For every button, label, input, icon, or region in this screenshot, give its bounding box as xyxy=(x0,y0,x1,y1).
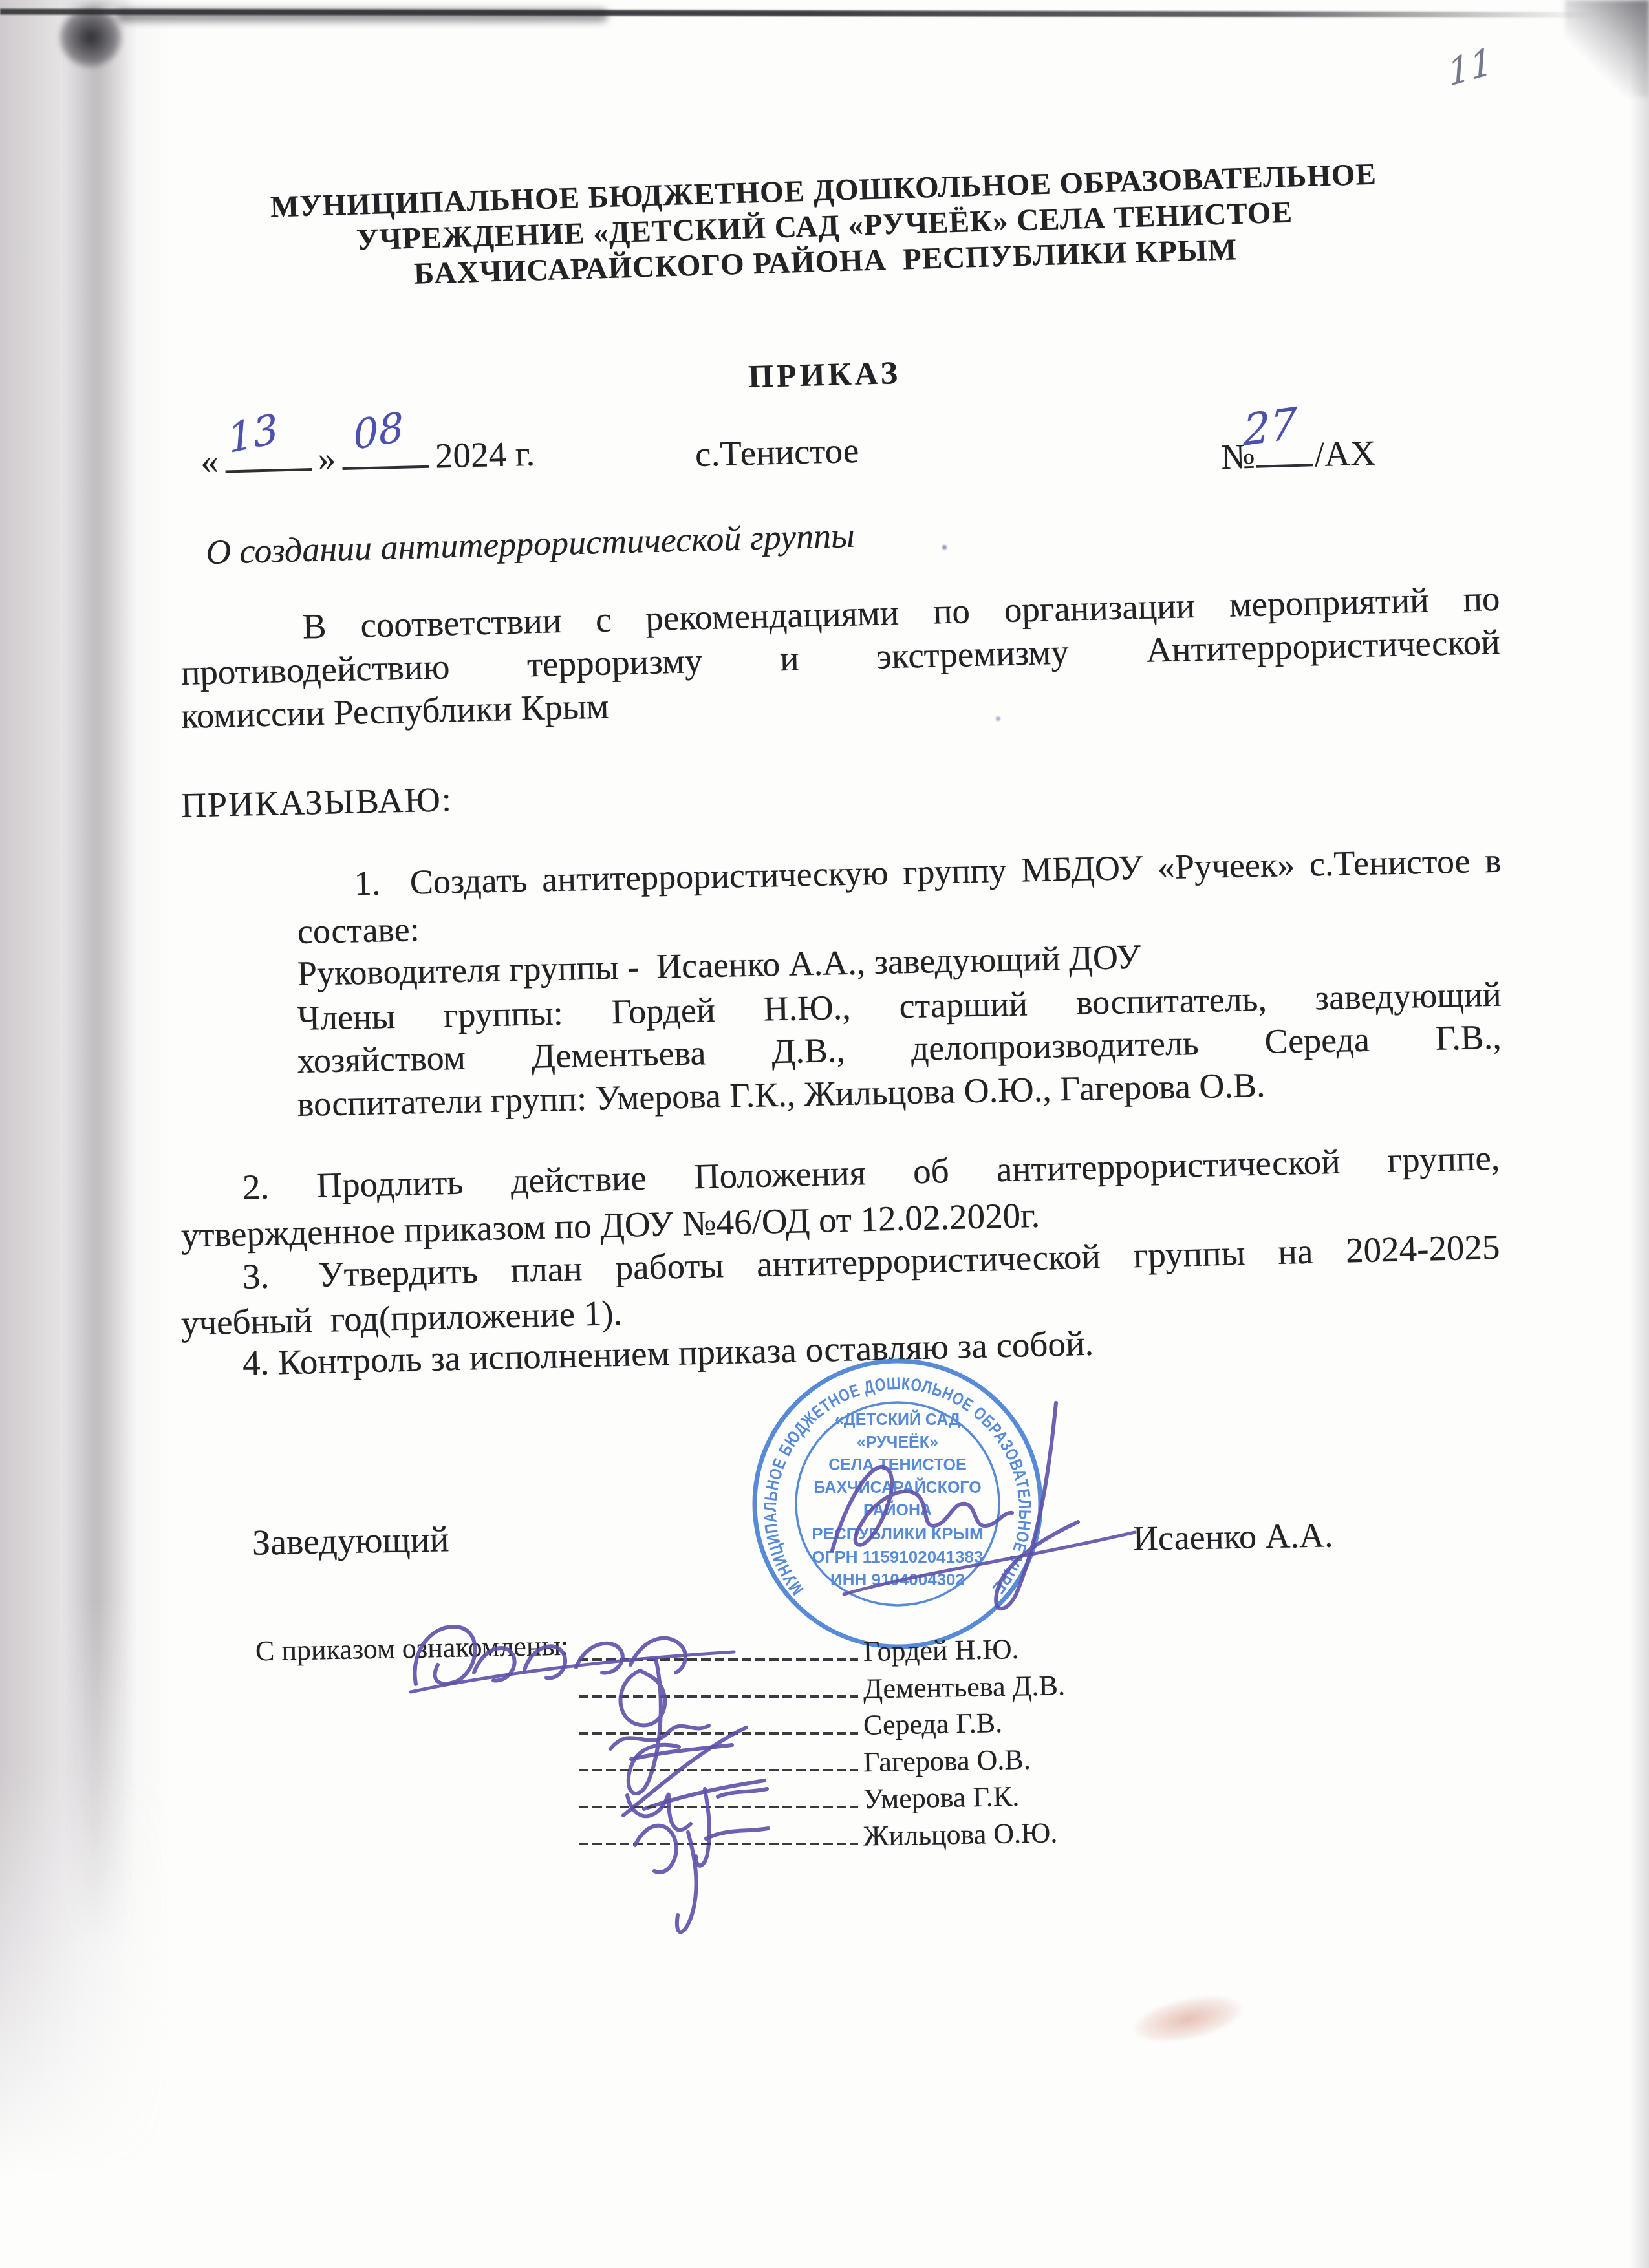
signature-line xyxy=(579,1695,858,1698)
ink-speck xyxy=(942,545,947,550)
order-subject: О создании антитеррористической группы xyxy=(205,515,855,572)
handwritten-order-number: 27 xyxy=(1243,398,1297,456)
number-suffix: /АХ xyxy=(1314,433,1376,475)
signature-line xyxy=(579,1843,858,1845)
acknowledgement-row: Жильцова О.Ю. xyxy=(0,1818,1649,1856)
pink-smudge-artifact xyxy=(1130,1988,1245,2050)
acknowledgement-row: Середа Г.В. xyxy=(0,1707,1649,1745)
date-close-quote: » xyxy=(318,438,336,479)
signoff-name: Исаенко А.А. xyxy=(1132,1515,1333,1558)
svg-text:РЕСПУБЛИКИ КРЫМ: РЕСПУБЛИКИ КРЫМ xyxy=(812,1524,983,1543)
ink-speck xyxy=(996,716,1000,721)
acknowledgement-name: Гагерова О.В. xyxy=(863,1743,1031,1779)
acknowledgement-name: Жильцова О.Ю. xyxy=(863,1816,1058,1852)
order-title: ПРИКАЗ xyxy=(0,334,1649,415)
scanned-order-document: МУНИЦИПАЛЬНОЕ БЮДЖЕТНОЕ ДОШКОЛЬНОЕ ОБРАЗ… xyxy=(0,0,1649,2268)
stamp-center-text: «ДЕТСКИЙ САД «РУЧЕЁК» СЕЛА ТЕНИСТОЕ БАХЧ… xyxy=(812,1409,983,1589)
acknowledgement-name: Дементьева Д.В. xyxy=(863,1669,1066,1705)
signature-line xyxy=(579,1769,858,1771)
acknowledgement-row: Дементьева Д.В. xyxy=(0,1671,1649,1708)
svg-text:ОГРН 1159102041383: ОГРН 1159102041383 xyxy=(812,1547,984,1567)
order-place: с.Тенистое xyxy=(695,430,859,475)
binding-fold-shadow xyxy=(63,0,136,2004)
acknowledgement-name: Умерова Г.К. xyxy=(863,1780,1020,1815)
right-edge-shadow xyxy=(1630,0,1649,2268)
svg-text:СЕЛА ТЕНИСТОЕ: СЕЛА ТЕНИСТОЕ xyxy=(828,1456,966,1474)
svg-text:ИНН 9104004302: ИНН 9104004302 xyxy=(830,1570,965,1589)
signature-line xyxy=(579,1732,858,1735)
signoff-position: Заведующий xyxy=(252,1519,449,1563)
svg-text:«РУЧЕЁК»: «РУЧЕЁК» xyxy=(857,1433,938,1451)
svg-text:БАХЧИСАРАЙСКОГО: БАХЧИСАРАЙСКОГО xyxy=(814,1477,981,1497)
employee-signature xyxy=(621,1796,815,1945)
date-year: 2024 г. xyxy=(435,433,535,476)
date-open-quote: « xyxy=(200,441,219,482)
acknowledgement-row: Гагерова О.В. xyxy=(0,1744,1649,1782)
acknowledgement-name: Середа Г.В. xyxy=(863,1706,1003,1742)
scan-edge-smudge xyxy=(116,9,608,22)
svg-text:«ДЕТСКИЙ САД: «ДЕТСКИЙ САД xyxy=(835,1409,960,1429)
handwritten-month: 08 xyxy=(352,403,405,459)
resolution-word: ПРИКАЗЫВАЮ: xyxy=(180,779,453,826)
official-round-stamp: МУНИЦИПАЛЬНОЕ БЮДЖЕТНОЕ ДОШКОЛЬНОЕ ОБРАЗ… xyxy=(748,1354,1048,1654)
scan-artifact-blob xyxy=(59,8,122,67)
org-header: МУНИЦИПАЛЬНОЕ БЮДЖЕТНОЕ ДОШКОЛЬНОЕ ОБРАЗ… xyxy=(0,149,1649,305)
signature-line xyxy=(579,1658,858,1661)
signature-line xyxy=(579,1806,858,1808)
svg-text:РАЙОНА: РАЙОНА xyxy=(863,1500,932,1519)
acknowledgement-row: Гордей Н.Ю. xyxy=(0,1634,1649,1671)
acknowledgement-row: Умерова Г.К. xyxy=(0,1781,1649,1819)
handwritten-page-number: 11 xyxy=(1446,40,1494,95)
acknowledgement-name: Гордей Н.Ю. xyxy=(863,1632,1019,1668)
